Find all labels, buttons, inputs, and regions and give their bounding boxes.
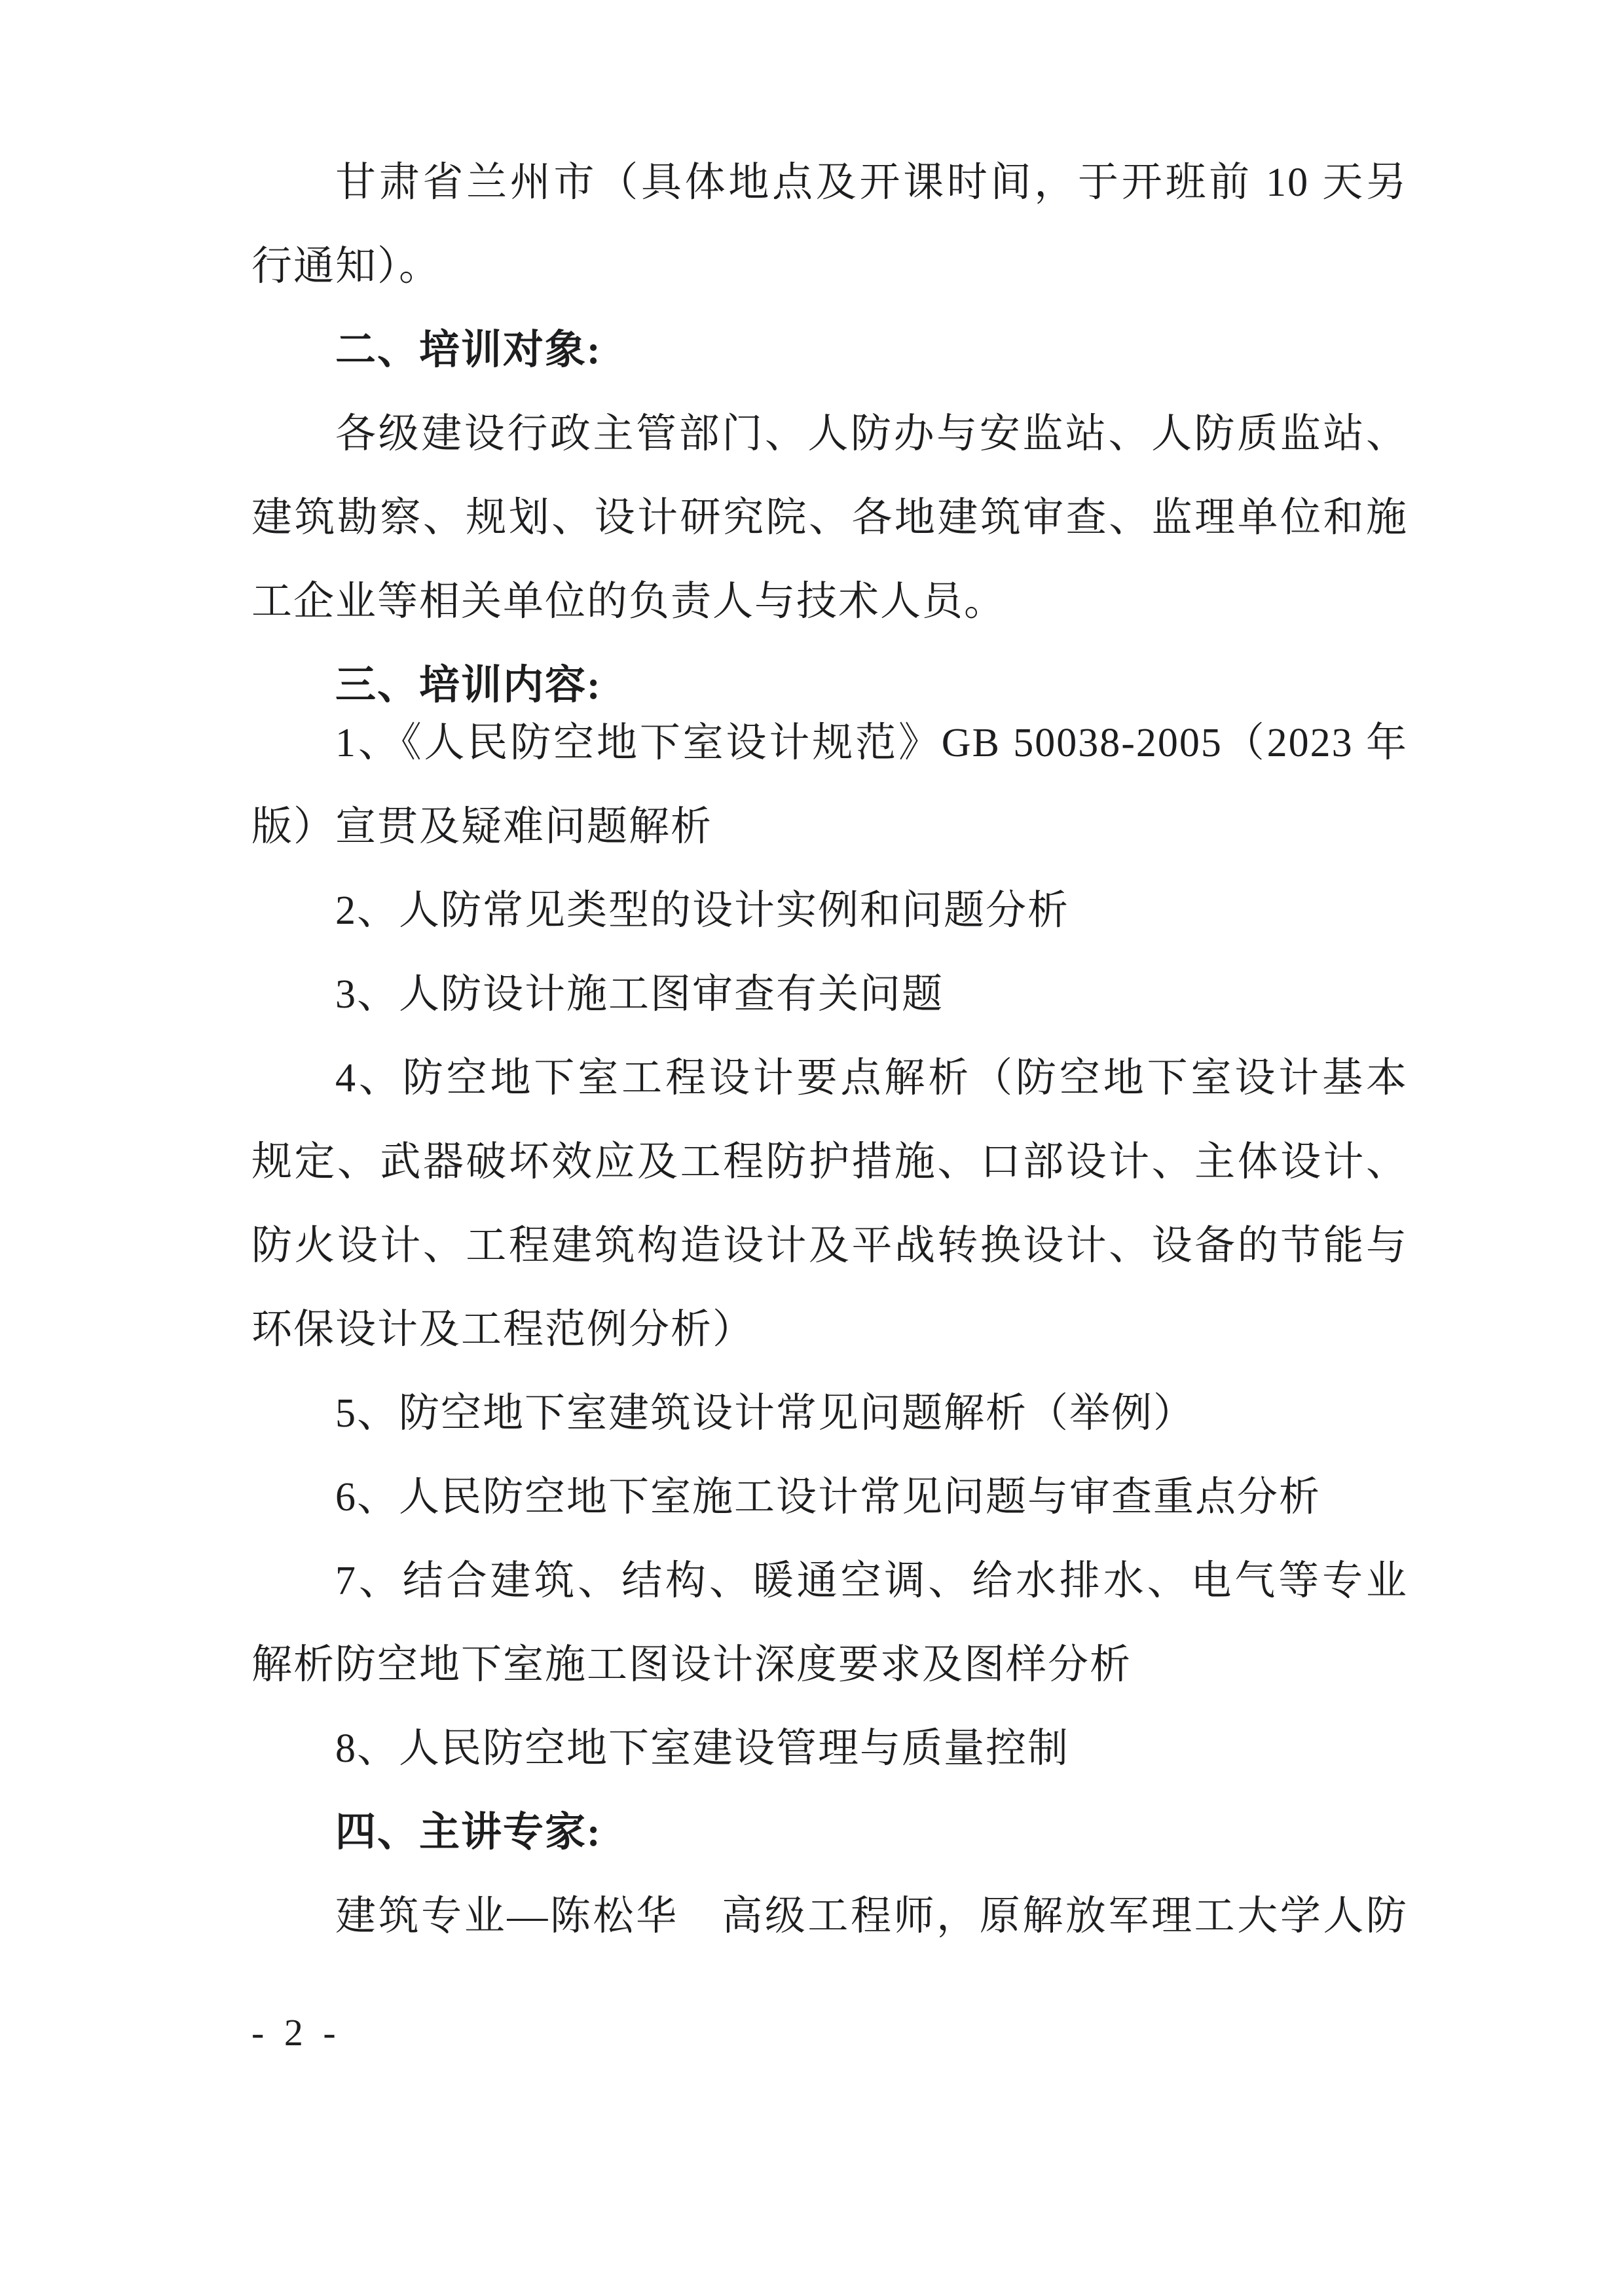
doc-line: 4、防空地下室工程设计要点解析（防空地下室设计基本 [251,1036,1408,1120]
doc-line: 7、结合建筑、结构、暖通空调、给水排水、电气等专业 [251,1539,1408,1623]
document-page: 甘肃省兰州市（具体地点及开课时间，于开班前 10 天另行通知）。二、培训对象:各… [0,0,1624,2296]
doc-line: 工企业等相关单位的负责人与技术人员。 [251,560,1408,644]
doc-line: 5、防空地下室建筑设计常见问题解析（举例） [251,1372,1408,1455]
doc-line: 环保设计及工程范例分析） [251,1288,1408,1372]
doc-line: 规定、武器破坏效应及工程防护措施、口部设计、主体设计、 [251,1120,1408,1204]
page-number: - 2 - [251,2003,341,2062]
doc-line: 8、人民防空地下室建设管理与质量控制 [251,1707,1408,1791]
doc-line: 建筑勘察、规划、设计研究院、各地建筑审查、监理单位和施 [251,476,1408,560]
doc-line: 版）宣贯及疑难问题解析 [251,785,1408,869]
doc-line: 行通知）。 [251,225,1408,308]
doc-line: 建筑专业—陈松华 高级工程师，原解放军理工大学人防 [251,1874,1408,1958]
doc-line: 甘肃省兰州市（具体地点及开课时间，于开班前 10 天另 [251,141,1408,225]
doc-line: 防火设计、工程建筑构造设计及平战转换设计、设备的节能与 [251,1204,1408,1288]
doc-line: 解析防空地下室施工图设计深度要求及图样分析 [251,1623,1408,1707]
section-heading: 四、主讲专家: [251,1791,1408,1874]
doc-line: 各级建设行政主管部门、人防办与安监站、人防质监站、 [251,392,1408,476]
doc-line: 6、人民防空地下室施工设计常见问题与审查重点分析 [251,1455,1408,1539]
doc-line: 2、人防常见类型的设计实例和问题分析 [251,869,1408,953]
document-body: 甘肃省兰州市（具体地点及开课时间，于开班前 10 天另行通知）。二、培训对象:各… [251,141,1408,1958]
section-heading: 二、培训对象: [251,308,1408,392]
doc-line: 1、《人民防空地下室设计规范》GB 50038-2005（2023 年 [251,701,1408,785]
doc-line: 3、人防设计施工图审查有关问题 [251,953,1408,1036]
